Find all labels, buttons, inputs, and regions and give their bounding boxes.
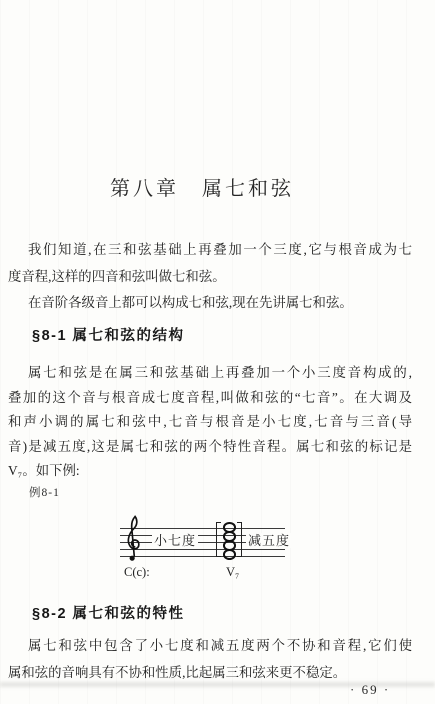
- chord-notes: [223, 524, 235, 560]
- section-2-heading: §8-2 属七和弦的特性: [32, 602, 185, 623]
- key-label: C(c):: [124, 565, 150, 580]
- music-example: 小七度 减五度 C(c): V₇: [118, 520, 298, 586]
- note-head-icon: [223, 549, 236, 560]
- section-1-heading: §8-1 属七和弦的结构: [32, 324, 185, 345]
- body-line: 音)是减五度,这是属七和弦的两个特性音程。属七和弦的标记是: [8, 435, 412, 460]
- treble-clef-icon: [123, 514, 143, 564]
- page-container: 第八章 属七和弦 我们知道,在三和弦基础上再叠加一个三度,它与根音成为七 度音程…: [0, 0, 435, 704]
- body-line: 属七和弦中包含了小七度和减五度两个不协和音程,它们使: [8, 632, 412, 659]
- chord-symbol-label: V₇: [226, 565, 239, 580]
- body-line: 度音程,这样的四音和弦叫做七和弦。: [8, 263, 412, 290]
- body-line: 和声小调的属七和弦中,七音与根音是小七度,七音与三音(导: [8, 410, 412, 435]
- body-line: 属七和弦是在属三和弦基础上再叠加一个小三度音构成的,: [8, 361, 412, 386]
- chapter-title: 第八章 属七和弦: [8, 172, 396, 201]
- diminished-fifth-label: 减五度: [246, 533, 292, 548]
- staff-line: [120, 556, 285, 557]
- body-line: 我们知道,在三和弦基础上再叠加一个三度,它与根音成为七: [8, 236, 412, 263]
- intro-paragraph-1: 我们知道,在三和弦基础上再叠加一个三度,它与根音成为七 度音程,这样的四音和弦叫…: [8, 236, 412, 290]
- section-2-body: 属七和弦中包含了小七度和减五度两个不协和音程,它们使 属和弦的音响具有不协和性质…: [8, 632, 412, 686]
- staff-line: [120, 549, 285, 550]
- example-label: 例8-1: [29, 484, 60, 500]
- staff-line: [120, 528, 285, 529]
- chord-bracket-right-icon: [237, 522, 242, 557]
- minor-seventh-label: 小七度: [152, 533, 198, 548]
- body-line: 在音阶各级音上都可以构成七和弦,现在先讲属七和弦。: [8, 289, 412, 316]
- body-line: 叠加的这个音与根音成七度音程,叫做和弦的“七音”。在大调及: [8, 386, 412, 411]
- intro-paragraph-2: 在音阶各级音上都可以构成七和弦,现在先讲属七和弦。: [8, 289, 412, 316]
- body-line: V₇。如下例:: [8, 459, 412, 484]
- page-number: · 69 ·: [350, 682, 410, 698]
- chord-bracket-left-icon: [216, 522, 221, 557]
- section-1-body: 属七和弦是在属三和弦基础上再叠加一个小三度音构成的, 叠加的这个音与根音成七度音…: [8, 361, 412, 484]
